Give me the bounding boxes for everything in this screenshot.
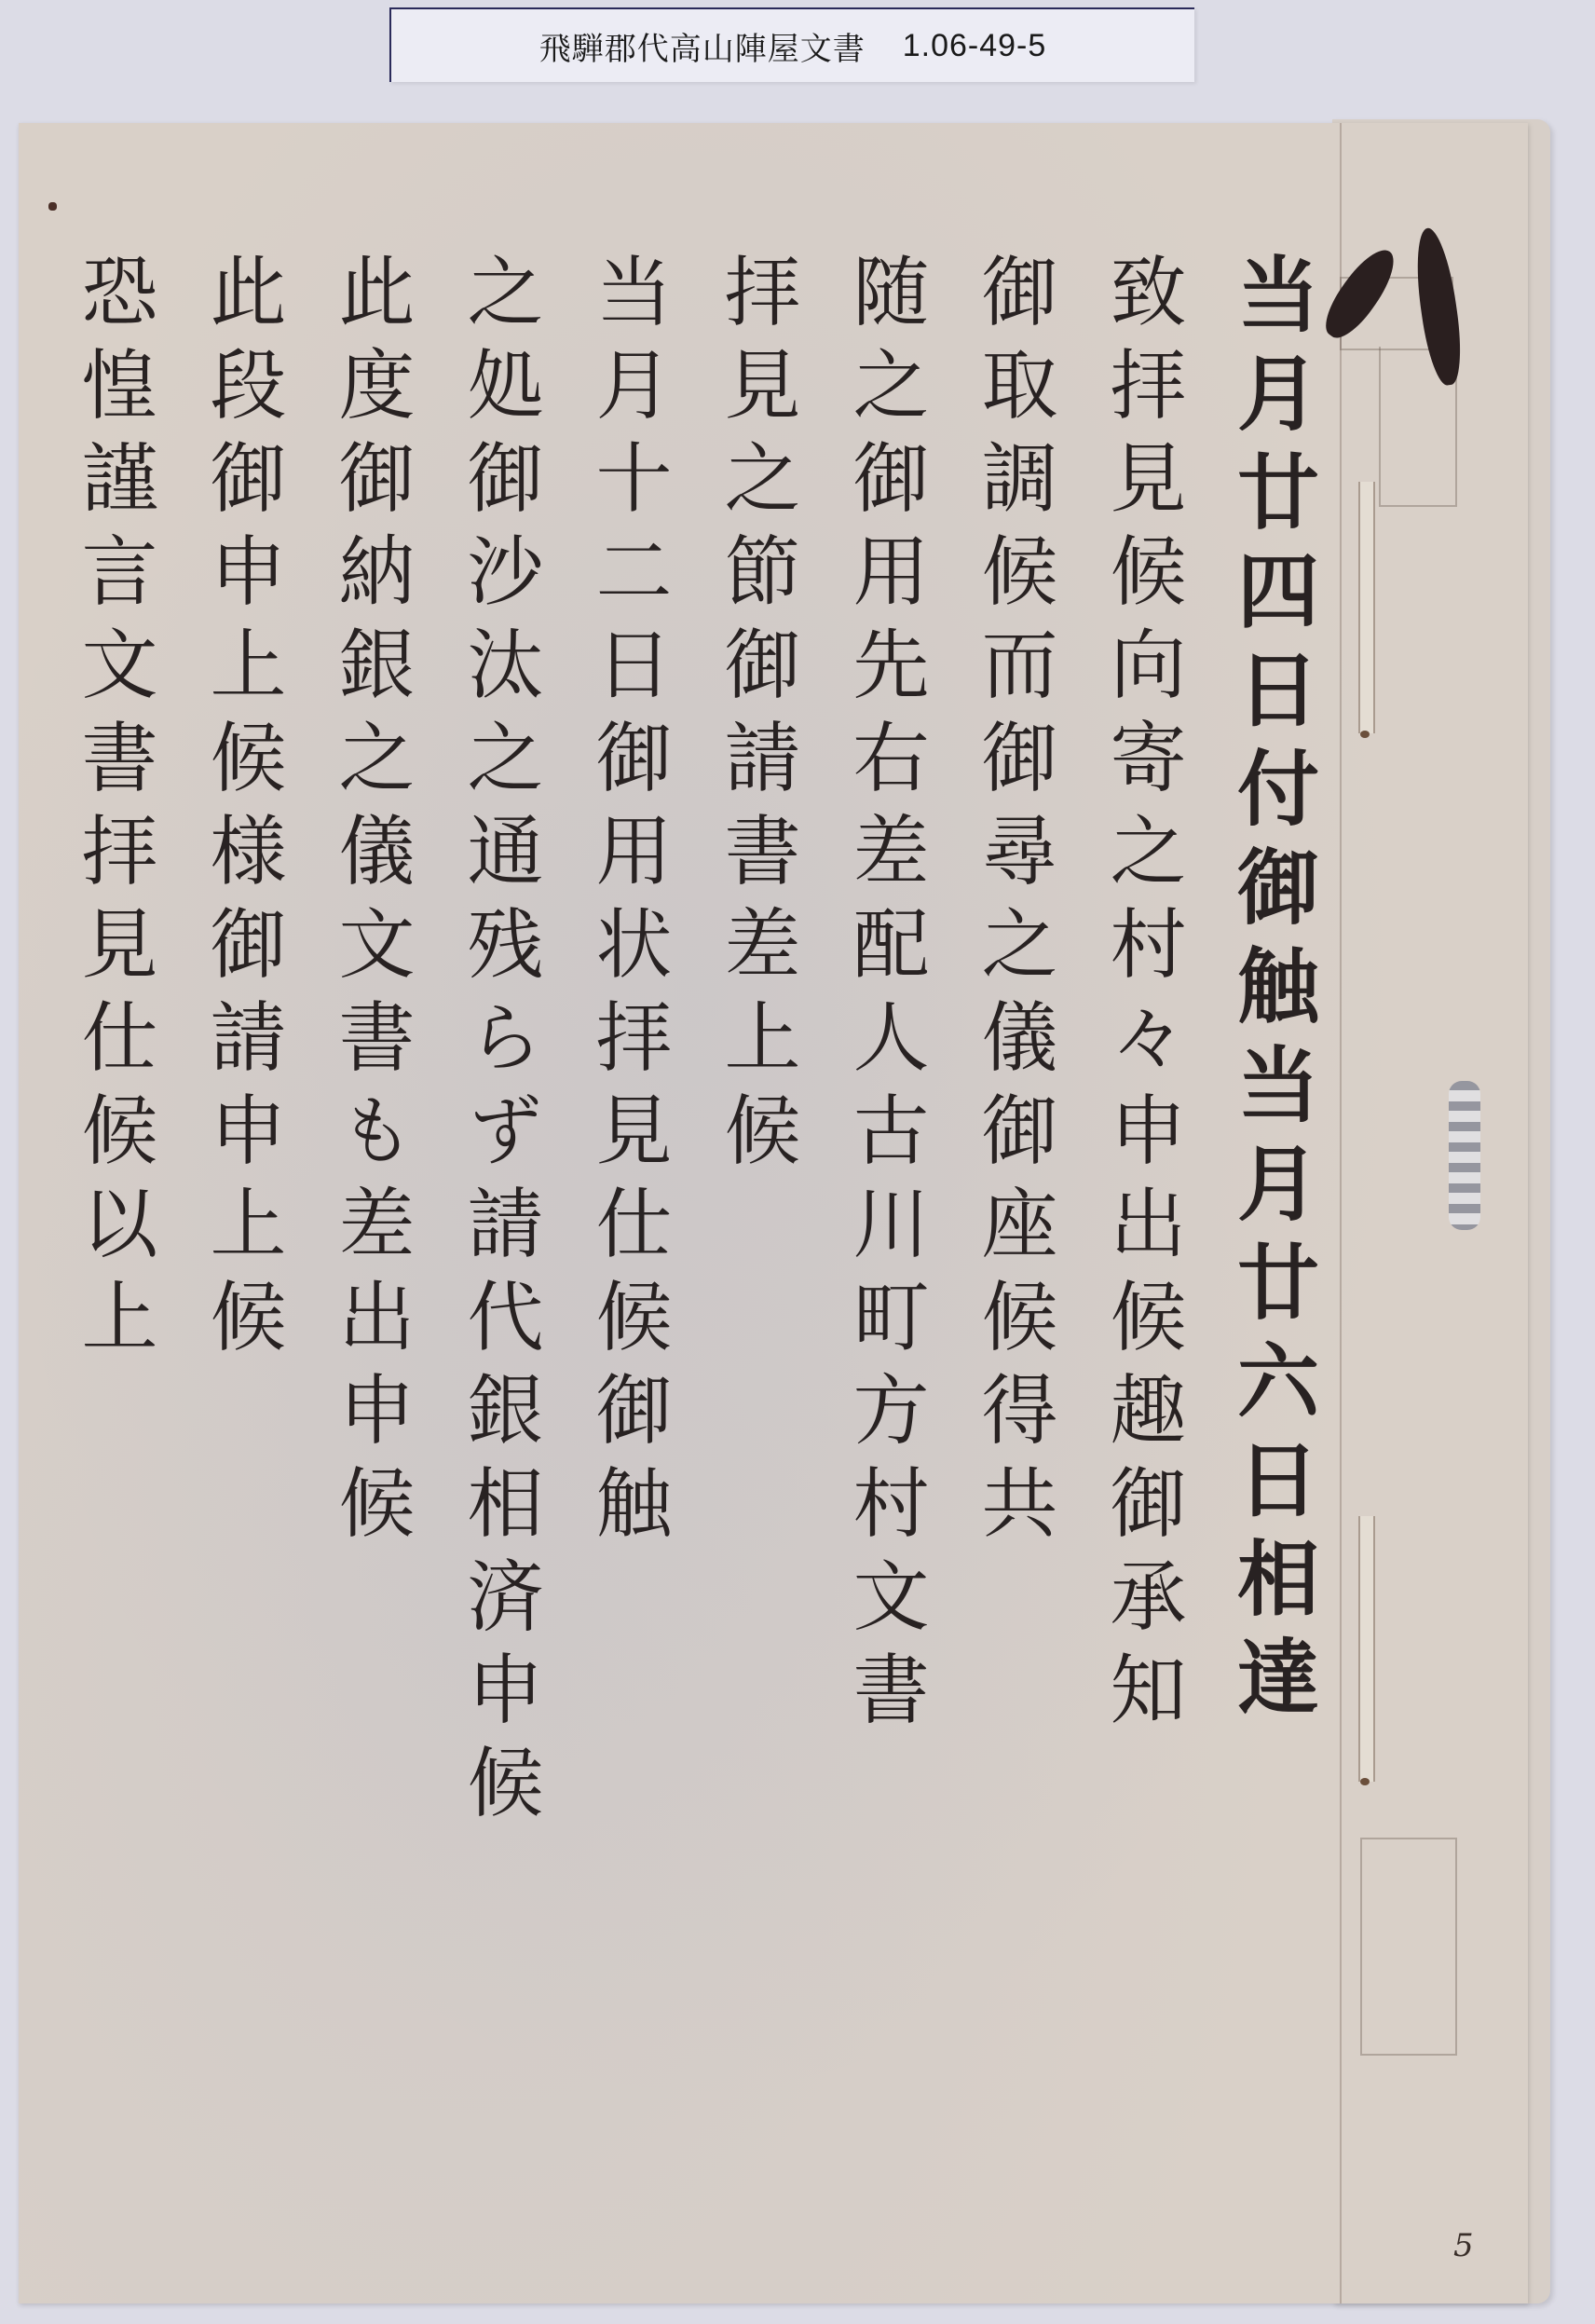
archive-code: 1.06-49-5 [903, 28, 1047, 64]
text-column: 致拝見候向寄之村々申出候趣御承知 [1103, 252, 1179, 2162]
fold-line [1340, 123, 1342, 2303]
text-column: 拝見之節御請書差上候 [717, 252, 794, 2162]
text-column: 恐惶謹言文書拝見仕候以上 [75, 252, 151, 2162]
binding-hole [1360, 1778, 1370, 1785]
torn-patch [1449, 1081, 1480, 1230]
calligraphy-text: 当月廿四日付御触当月廿六日相達 致拝見候向寄之村々申出候趣御承知 御取調候而御尋… [75, 252, 1314, 2162]
archive-label: 飛騨郡代高山陣屋文書 1.06-49-5 [389, 7, 1194, 82]
page-number: 5 [1453, 2227, 1474, 2264]
binding-thread-upper [1358, 482, 1375, 733]
text-column: 此段御申上候様御請申上候 [203, 252, 279, 2162]
text-column: 当月十二日御用状拝見仕候御触 [589, 252, 665, 2162]
text-column: 随之御用先右差配人古川町方村文書 [846, 252, 922, 2162]
faint-box-mark [1360, 1838, 1457, 2056]
text-column: 之処御沙汰之通残らず請代銀相済申候 [460, 252, 537, 2162]
text-column: 当月廿四日付御触当月廿六日相達 [1232, 252, 1314, 2162]
archive-title: 飛騨郡代高山陣屋文書 [539, 23, 866, 69]
binding-hole [1360, 731, 1370, 738]
ink-speck [48, 202, 57, 211]
text-column: 此度御納銀之儀文書も差出申候 [332, 252, 408, 2162]
text-column: 御取調候而御尋之儀御座候得共 [975, 252, 1051, 2162]
binding-thread-lower [1358, 1516, 1375, 1782]
